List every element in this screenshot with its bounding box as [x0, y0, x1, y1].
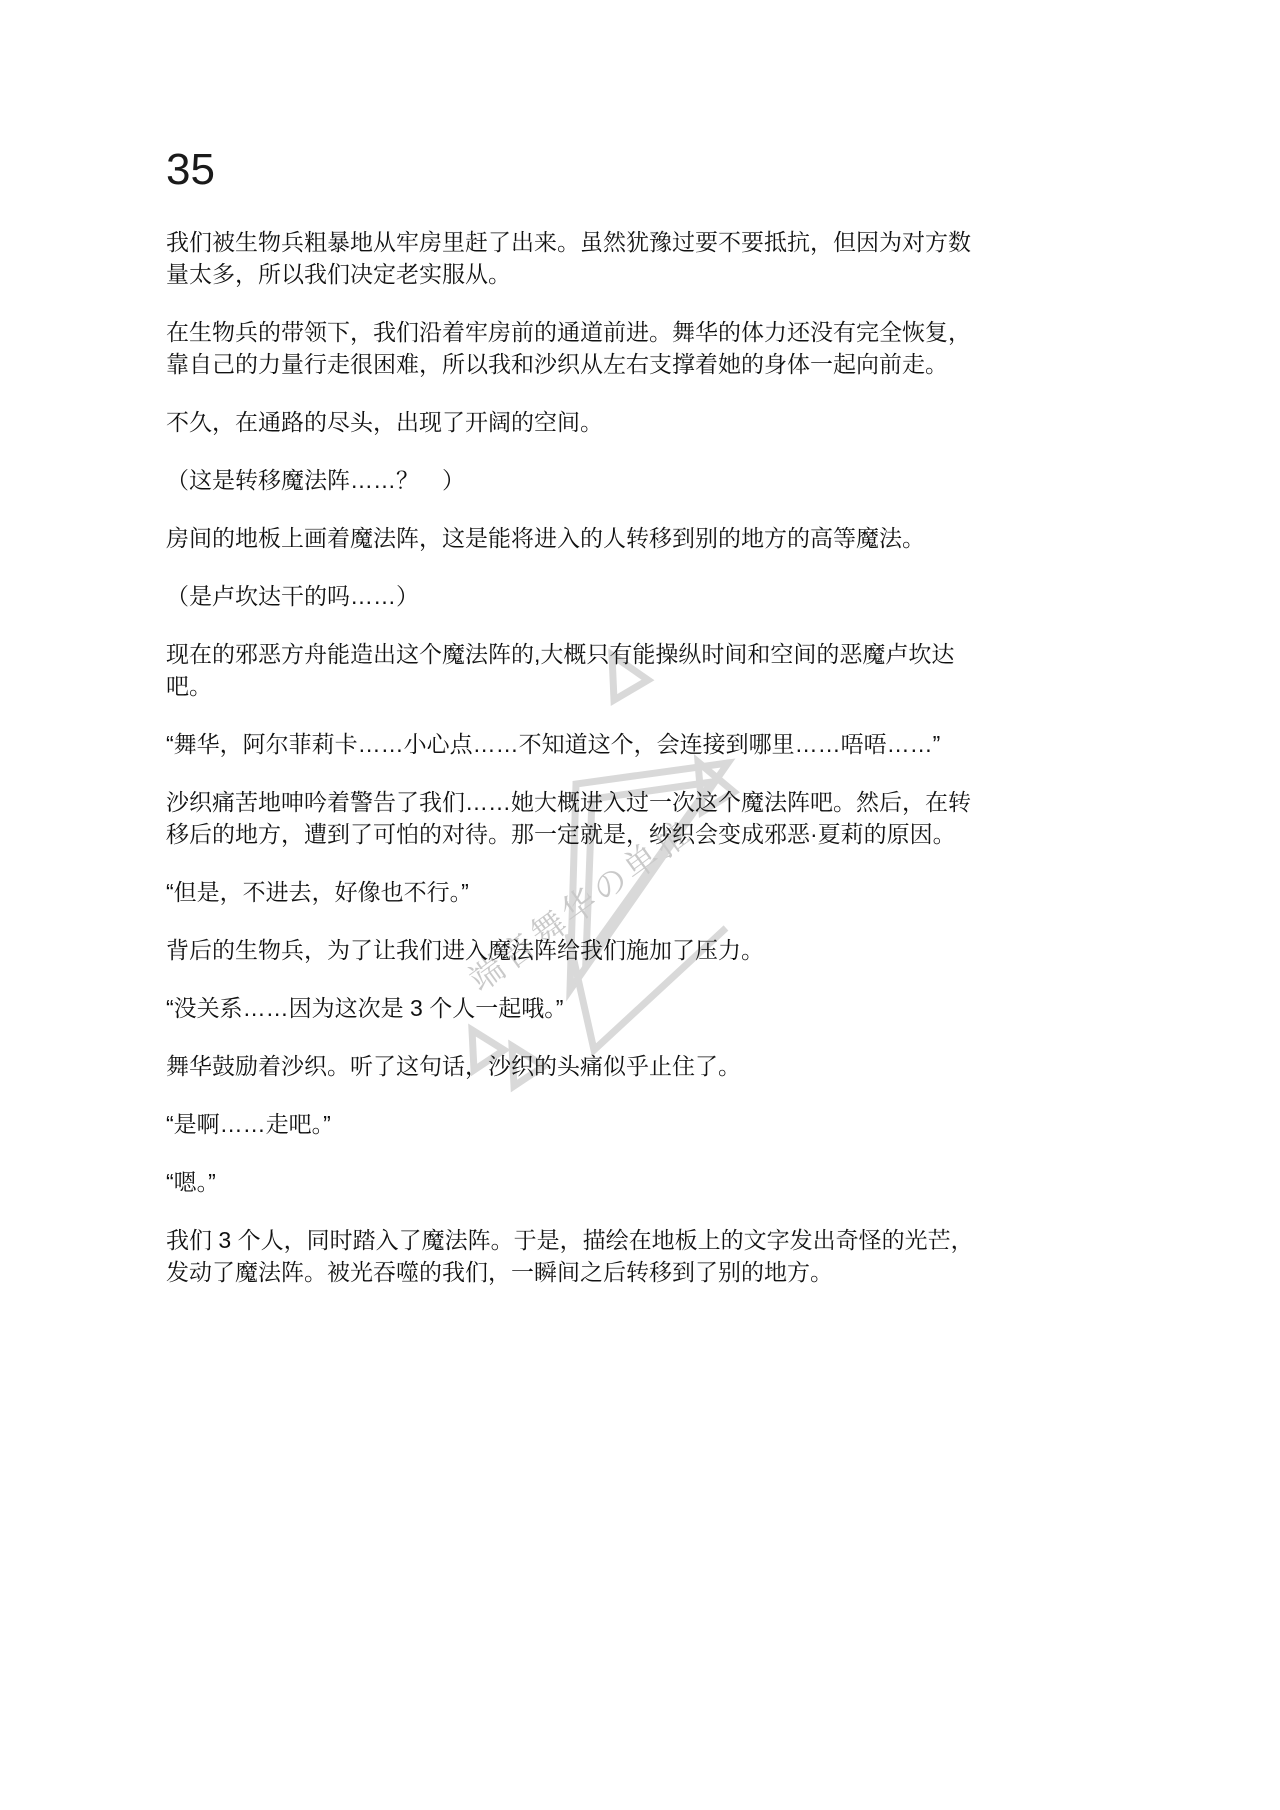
chapter-number: 35 — [166, 142, 1006, 198]
text-line: 背后的生物兵，为了让我们进入魔法阵给我们施加了压力。 — [166, 934, 1006, 966]
text-line: 不久，在通路的尽头，出现了开阔的空间。 — [166, 406, 1006, 438]
paragraph: “但是，不进去，好像也不行。” — [166, 876, 1006, 908]
text-line: “没关系……因为这次是 3 个人一起哦。” — [166, 992, 1006, 1024]
paragraph: 我们 3 个人，同时踏入了魔法阵。于是，描绘在地板上的文字发出奇怪的光芒，发动了… — [166, 1224, 1006, 1288]
paragraph: 不久，在通路的尽头，出现了开阔的空间。 — [166, 406, 1006, 438]
paragraph: 沙织痛苦地呻吟着警告了我们……她大概进入过一次这个魔法阵吧。然后，在转移后的地方… — [166, 786, 1006, 850]
paragraph: “是啊……走吧。” — [166, 1108, 1006, 1140]
text-line: 靠自己的力量行走很困难，所以我和沙织从左右支撑着她的身体一起向前走。 — [166, 348, 1006, 380]
paragraph: （这是转移魔法阵……？ ） — [166, 464, 1006, 496]
text-line: “是啊……走吧。” — [166, 1108, 1006, 1140]
paragraph: 舞华鼓励着沙织。听了这句话，沙织的头痛似乎止住了。 — [166, 1050, 1006, 1082]
paragraph: 在生物兵的带领下，我们沿着牢房前的通道前进。舞华的体力还没有完全恢复，靠自己的力… — [166, 316, 1006, 380]
paragraph: （是卢坎达干的吗……） — [166, 580, 1006, 612]
text-line: “舞华，阿尔菲莉卡……小心点……不知道这个，会连接到哪里……唔唔……” — [166, 728, 1006, 760]
text-line: 量太多，所以我们决定老实服从。 — [166, 258, 1006, 290]
paragraph: 我们被生物兵粗暴地从牢房里赶了出来。虽然犹豫过要不要抵抗，但因为对方数量太多，所… — [166, 226, 1006, 290]
paragraph: “嗯。” — [166, 1166, 1006, 1198]
text-line: 吧。 — [166, 670, 1006, 702]
paragraph: 现在的邪恶方舟能造出这个魔法阵的,大概只有能操纵时间和空间的恶魔卢坎达吧。 — [166, 638, 1006, 702]
text-line: 在生物兵的带领下，我们沿着牢房前的通道前进。舞华的体力还没有完全恢复， — [166, 316, 1006, 348]
text-line: 沙织痛苦地呻吟着警告了我们……她大概进入过一次这个魔法阵吧。然后，在转 — [166, 786, 1006, 818]
text-line: “但是，不进去，好像也不行。” — [166, 876, 1006, 908]
document-page: 端音舞华の单推 35 我们被生物兵粗暴地从牢房里赶了出来。虽然犹豫过要不要抵抗，… — [0, 0, 1280, 1810]
paragraph: 房间的地板上画着魔法阵，这是能将进入的人转移到别的地方的高等魔法。 — [166, 522, 1006, 554]
text-line: 移后的地方，遭到了可怕的对待。那一定就是，纱织会变成邪恶·夏莉的原因。 — [166, 818, 1006, 850]
text-line: 现在的邪恶方舟能造出这个魔法阵的,大概只有能操纵时间和空间的恶魔卢坎达 — [166, 638, 1006, 670]
document-content: 35 我们被生物兵粗暴地从牢房里赶了出来。虽然犹豫过要不要抵抗，但因为对方数量太… — [166, 142, 1006, 1314]
text-line: 舞华鼓励着沙织。听了这句话，沙织的头痛似乎止住了。 — [166, 1050, 1006, 1082]
text-line: 房间的地板上画着魔法阵，这是能将进入的人转移到别的地方的高等魔法。 — [166, 522, 1006, 554]
text-line: （是卢坎达干的吗……） — [166, 580, 1006, 612]
paragraphs: 我们被生物兵粗暴地从牢房里赶了出来。虽然犹豫过要不要抵抗，但因为对方数量太多，所… — [166, 226, 1006, 1288]
text-line: （这是转移魔法阵……？ ） — [166, 464, 1006, 496]
paragraph: “舞华，阿尔菲莉卡……小心点……不知道这个，会连接到哪里……唔唔……” — [166, 728, 1006, 760]
text-line: “嗯。” — [166, 1166, 1006, 1198]
paragraph: “没关系……因为这次是 3 个人一起哦。” — [166, 992, 1006, 1024]
text-line: 我们被生物兵粗暴地从牢房里赶了出来。虽然犹豫过要不要抵抗，但因为对方数 — [166, 226, 1006, 258]
paragraph: 背后的生物兵，为了让我们进入魔法阵给我们施加了压力。 — [166, 934, 1006, 966]
text-line: 发动了魔法阵。被光吞噬的我们，一瞬间之后转移到了别的地方。 — [166, 1256, 1006, 1288]
text-line: 我们 3 个人，同时踏入了魔法阵。于是，描绘在地板上的文字发出奇怪的光芒， — [166, 1224, 1006, 1256]
